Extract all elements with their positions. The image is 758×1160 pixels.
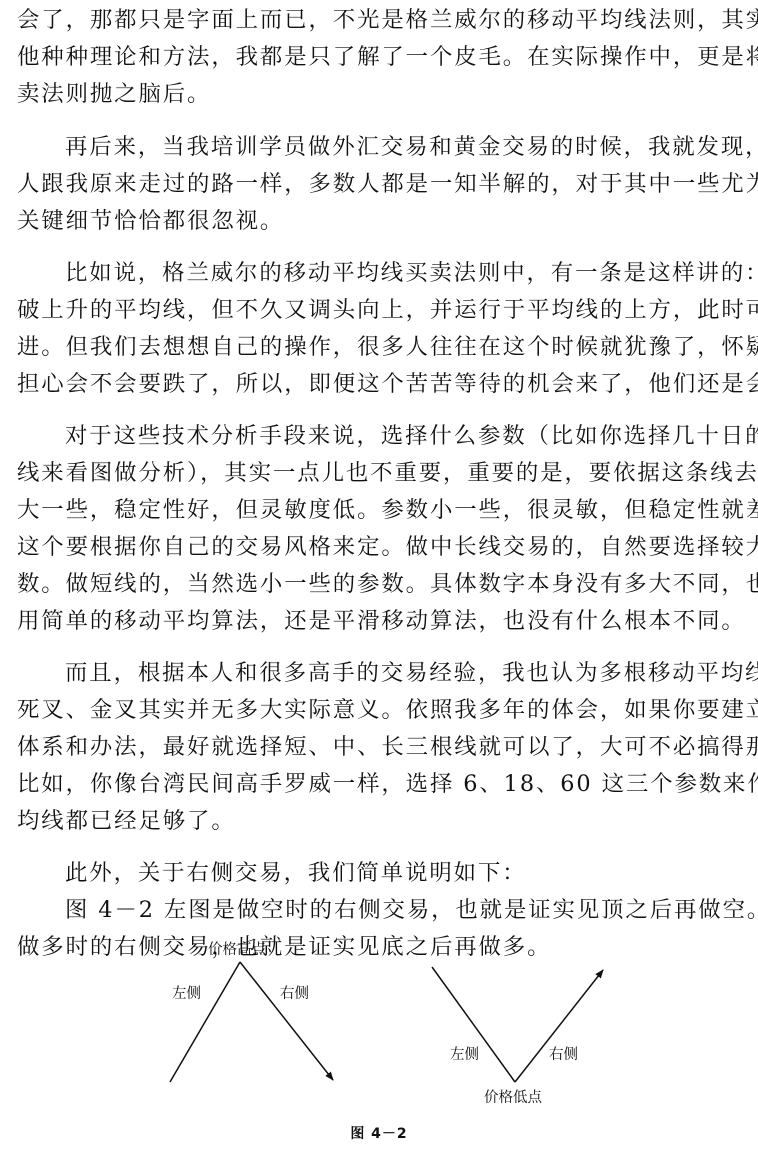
figure-caption: 图 4－2 bbox=[0, 1123, 758, 1143]
text-line: 进。但我们去想想自己的操作，很多人往往在这个时候就犹豫了，怀疑了，他们 bbox=[17, 330, 747, 364]
text-line: 线来看图做分析），其实一点儿也不重要，重要的是，要依据这条线去操作。参数 bbox=[17, 456, 747, 490]
text-line: 关键细节恰恰都很忽视。 bbox=[17, 204, 747, 238]
paragraph-start-line: 而且，根据本人和很多高手的交易经验，我也认为多根移动平均线之间的 bbox=[65, 656, 747, 690]
paragraph-start-line: 比如说，格兰威尔的移动平均线买卖法则中，有一条是这样讲的：股价虽跌 bbox=[65, 256, 747, 290]
right-side-rising-arrow bbox=[515, 970, 603, 1082]
left-side-falling-line bbox=[432, 967, 515, 1082]
text-line: 比如，你像台湾民间高手罗威一样，选择 6、18、60 这三个参数来作三条移动平 bbox=[17, 767, 747, 801]
text-line: 死叉、金叉其实并无多大实际意义。依照我多年的体会，如果你要建立自己的 bbox=[17, 693, 747, 727]
text-line: 担心会不会要跌了，所以，即便这个苦苦等待的机会来了，他们还是会错过的。 bbox=[17, 367, 747, 401]
paragraph-start-line: 再后来，当我培训学员做外汇交易和黄金交易的时候，我就发现，其实很多 bbox=[65, 130, 747, 164]
text-line: 会了，那都只是字面上而已，不光是格兰威尔的移动平均线法则，其实，就是其 bbox=[17, 3, 747, 37]
paragraph-start-line: 此外，关于右侧交易，我们简单说明如下： bbox=[65, 856, 747, 890]
left-side-label: 左侧 bbox=[450, 1046, 479, 1064]
text-line: 体系和办法，最好就选择短、中、长三根线就可以了，大可不必搞得那么复杂。 bbox=[17, 730, 747, 764]
right-side-label: 右侧 bbox=[549, 1046, 578, 1064]
text-line: 做多时的右侧交易，也就是证实见底之后再做多。 bbox=[17, 930, 747, 964]
text-line: 用简单的移动平均算法，还是平滑移动算法，也没有什么根本不同。 bbox=[17, 604, 747, 638]
paragraph-start-line: 对于这些技术分析手段来说，选择什么参数（比如你选择几十日的移动平均 bbox=[65, 419, 747, 453]
text-line: 数。做短线的，当然选小一些的参数。具体数字本身没有多大不同，也不管你是 bbox=[17, 567, 747, 601]
paragraph-start-line: 图 4－2 左图是做空时的右侧交易，也就是证实见顶之后再做空。右图是 bbox=[65, 893, 747, 927]
left-side-rising-line bbox=[170, 962, 240, 1082]
text-line: 均线都已经足够了。 bbox=[17, 804, 747, 838]
text-line: 他种种理论和方法，我都是只了解了一个皮毛。在实际操作中，更是将这些买 bbox=[17, 40, 747, 74]
price-low-label: 价格低点 bbox=[484, 1089, 542, 1107]
text-line: 这个要根据你自己的交易风格来定。做中长线交易的，自然要选择较大一些的参 bbox=[17, 530, 747, 564]
text-line: 人跟我原来走过的路一样，多数人都是一知半解的，对于其中一些尤为重要的 bbox=[17, 167, 747, 201]
right-side-falling-arrow bbox=[240, 962, 333, 1080]
text-line: 破上升的平均线，但不久又调头向上，并运行于平均线的上方，此时可加码买 bbox=[17, 293, 747, 327]
left-side-label: 左侧 bbox=[172, 985, 201, 1003]
left-panel-peak-diagram bbox=[170, 962, 333, 1082]
text-line: 卖法则抛之脑后。 bbox=[17, 77, 747, 111]
right-side-label: 右侧 bbox=[280, 985, 309, 1003]
right-panel-trough-diagram bbox=[432, 967, 603, 1082]
text-line: 大一些，稳定性好，但灵敏度低。参数小一些，很灵敏，但稳定性就差多了。所以， bbox=[17, 493, 747, 527]
